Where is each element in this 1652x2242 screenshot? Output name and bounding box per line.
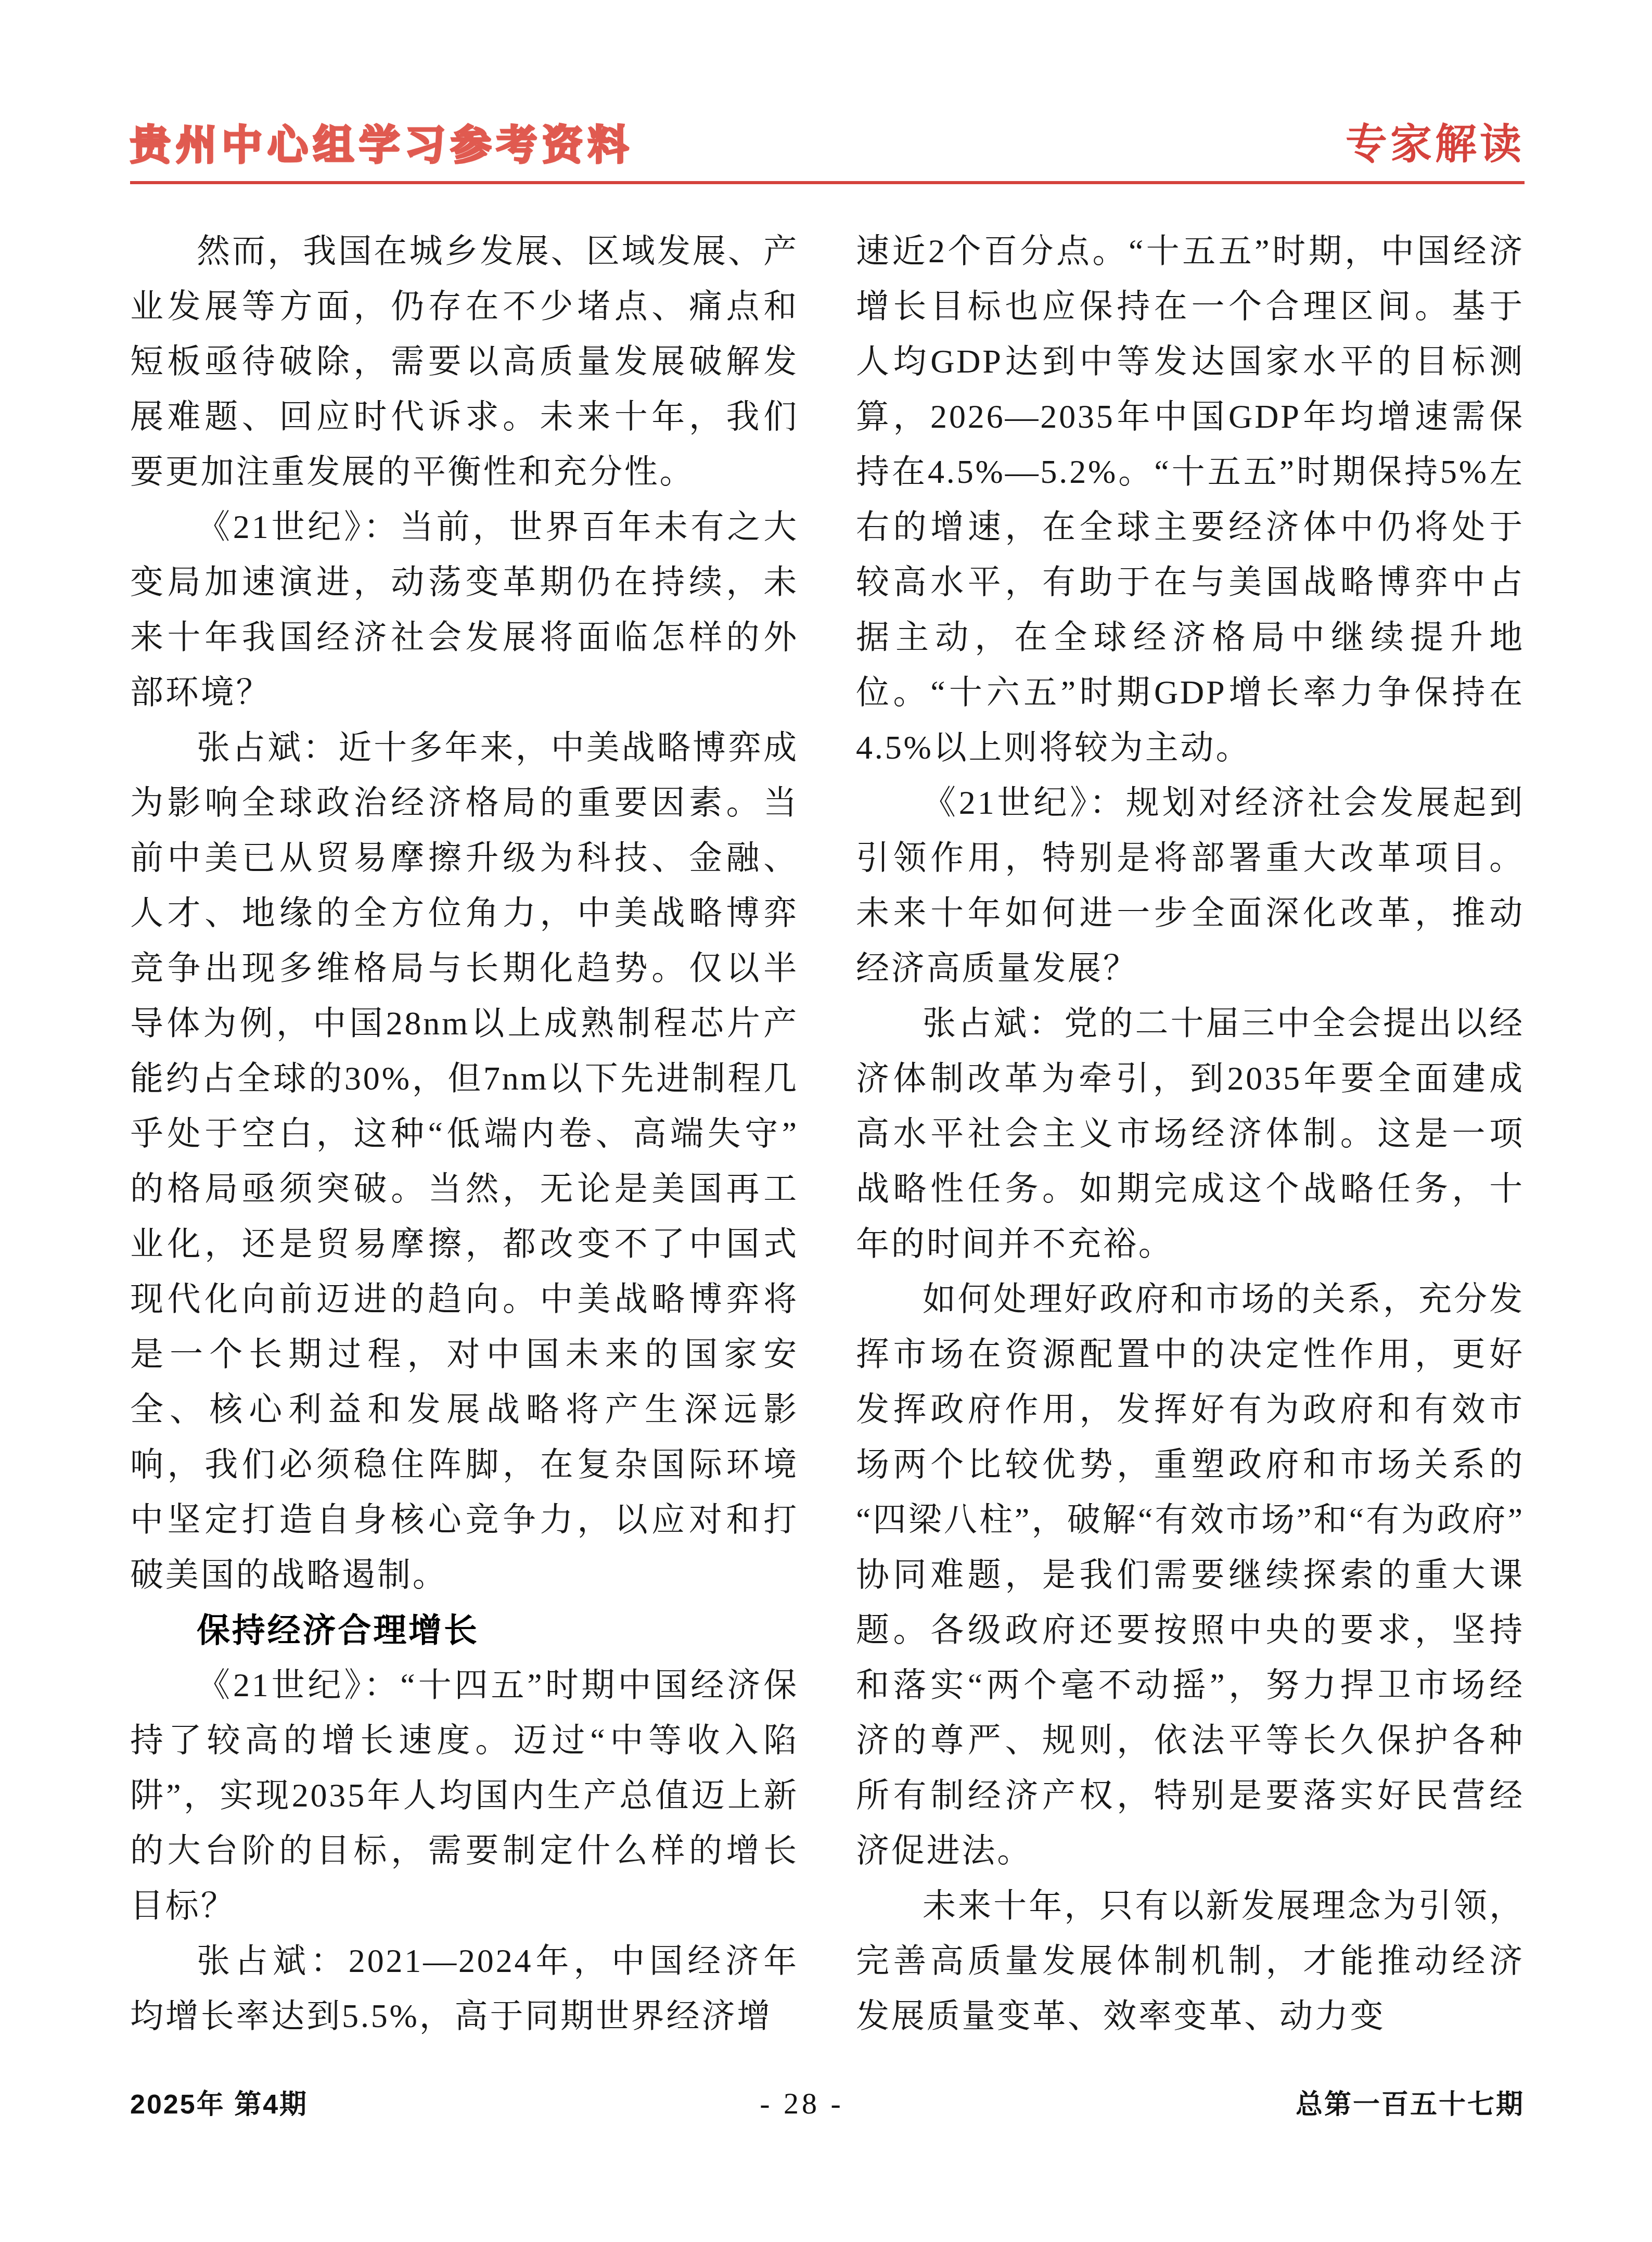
page-footer: 2025年 第4期 - 28 - 总第一百五十七期 [130, 2082, 1525, 2121]
paragraph-continuation: 速近2个百分点。“十五五”时期，中国经济增长目标也应保持在一个合理区间。基于人均… [856, 224, 1525, 775]
section-subheading: 保持经济合理增长 [130, 1603, 799, 1658]
issue-label: 2025年 第4期 [130, 2082, 308, 2121]
paragraph-question: 《21世纪》：规划对经济社会发展起到引领作用，特别是将部署重大改革项目。未来十年… [856, 775, 1525, 996]
paragraph: 如何处理好政府和市场的关系，充分发挥市场在资源配置中的决定性作用，更好发挥政府作… [856, 1272, 1525, 1878]
running-head: 贵州中心组学习参考资料 专家解读 [130, 124, 1525, 165]
cumulative-issue-label: 总第一百五十七期 [1296, 2082, 1525, 2121]
paragraph: 然而，我国在城乡发展、区域发展、产业发展等方面，仍存在不少堵点、痛点和短板亟待破… [130, 224, 799, 499]
paragraph-question: 《21世纪》：“十四五”时期中国经济保持了较高的增长速度。迈过“中等收入陷阱”，… [130, 1658, 799, 1933]
header-rule [130, 181, 1525, 184]
paragraph-answer: 张占斌：党的二十届三中全会提出以经济体制改革为牵引，到2035年要全面建成高水平… [856, 996, 1525, 1272]
article-body: 然而，我国在城乡发展、区域发展、产业发展等方面，仍存在不少堵点、痛点和短板亟待破… [130, 224, 1525, 2044]
paragraph-answer: 张占斌：2021—2024年，中国经济年均增长率达到5.5%，高于同期世界经济增 [130, 1933, 799, 2044]
section-label: 专家解读 [1346, 124, 1525, 165]
right-column: 速近2个百分点。“十五五”时期，中国经济增长目标也应保持在一个合理区间。基于人均… [856, 224, 1525, 2044]
paragraph-question: 《21世纪》：当前，世界百年未有之大变局加速演进，动荡变革期仍在持续，未来十年我… [130, 499, 799, 720]
masthead-title: 贵州中心组学习参考资料 [130, 125, 634, 165]
paragraph-answer: 张占斌：近十多年来，中美战略博弈成为影响全球政治经济格局的重要因素。当前中美已从… [130, 720, 799, 1603]
paragraph: 未来十年，只有以新发展理念为引领，完善高质量发展体制机制，才能推动经济发展质量变… [856, 1878, 1525, 2044]
page-number: - 28 - [760, 2086, 844, 2121]
magazine-page: 贵州中心组学习参考资料 专家解读 然而，我国在城乡发展、区域发展、产业发展等方面… [0, 0, 1652, 2242]
left-column: 然而，我国在城乡发展、区域发展、产业发展等方面，仍存在不少堵点、痛点和短板亟待破… [130, 224, 799, 2044]
